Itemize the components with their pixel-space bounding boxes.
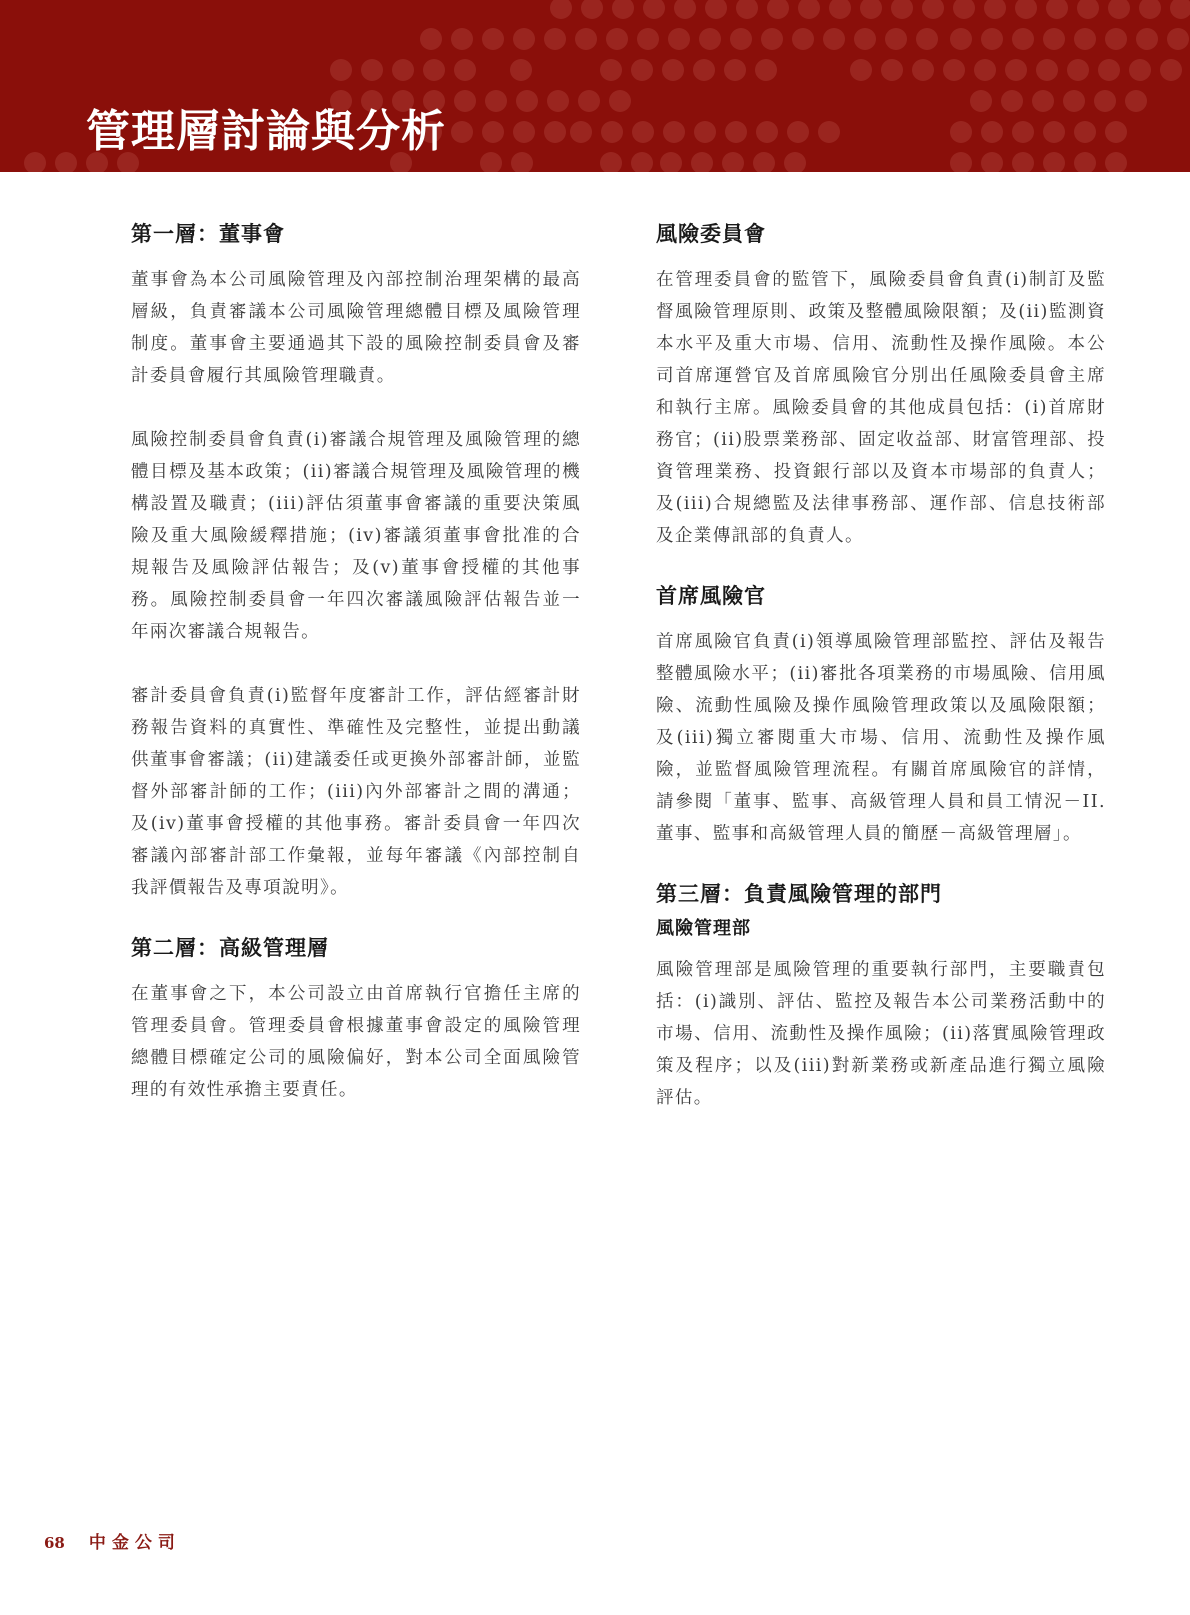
page-title: 管理層討論與分析 [86, 104, 446, 160]
paragraph-audit-committee: 審計委員會負責(i)監督年度審計工作，評估經審計財務報告資料的真實性、準確性及完… [131, 680, 581, 904]
paragraph-board: 董事會為本公司風險管理及內部控制治理架構的最高層級，負責審議本公司風險管理總體目… [131, 264, 581, 392]
header-banner: 管理層討論與分析 [0, 0, 1190, 172]
subsection-heading-risk-management-dept: 風險管理部 [656, 914, 1106, 944]
section-heading-senior-management: 第二層：高級管理層 [131, 932, 581, 964]
paragraph-senior-management: 在董事會之下，本公司設立由首席執行官擔任主席的管理委員會。管理委員會根據董事會設… [131, 978, 581, 1106]
page-number: 68 [44, 1534, 65, 1552]
section-heading-board: 第一層：董事會 [131, 218, 581, 250]
paragraph-risk-control-committee: 風險控制委員會負責(i)審議合規管理及風險管理的總體目標及基本政策；(ii)審議… [131, 424, 581, 648]
page-footer: 68 中金公司 [44, 1528, 181, 1553]
left-column: 第一層：董事會 董事會為本公司風險管理及內部控制治理架構的最高層級，負責審議本公… [131, 218, 581, 1106]
paragraph-risk-committee: 在管理委員會的監管下，風險委員會負責(i)制訂及監督風險管理原則、政策及整體風險… [656, 264, 1106, 552]
right-column: 風險委員會 在管理委員會的監管下，風險委員會負責(i)制訂及監督風險管理原則、政… [656, 218, 1106, 1114]
paragraph-cro: 首席風險官負責(i)領導風險管理部監控、評估及報告整體風險水平；(ii)審批各項… [656, 626, 1106, 850]
company-name: 中金公司 [89, 1528, 181, 1553]
section-heading-risk-departments: 第三層：負責風險管理的部門 [656, 878, 1106, 910]
section-heading-risk-committee: 風險委員會 [656, 218, 1106, 250]
section-heading-cro: 首席風險官 [656, 580, 1106, 612]
paragraph-risk-management-dept: 風險管理部是風險管理的重要執行部門，主要職責包括：(i)識別、評估、監控及報告本… [656, 954, 1106, 1114]
